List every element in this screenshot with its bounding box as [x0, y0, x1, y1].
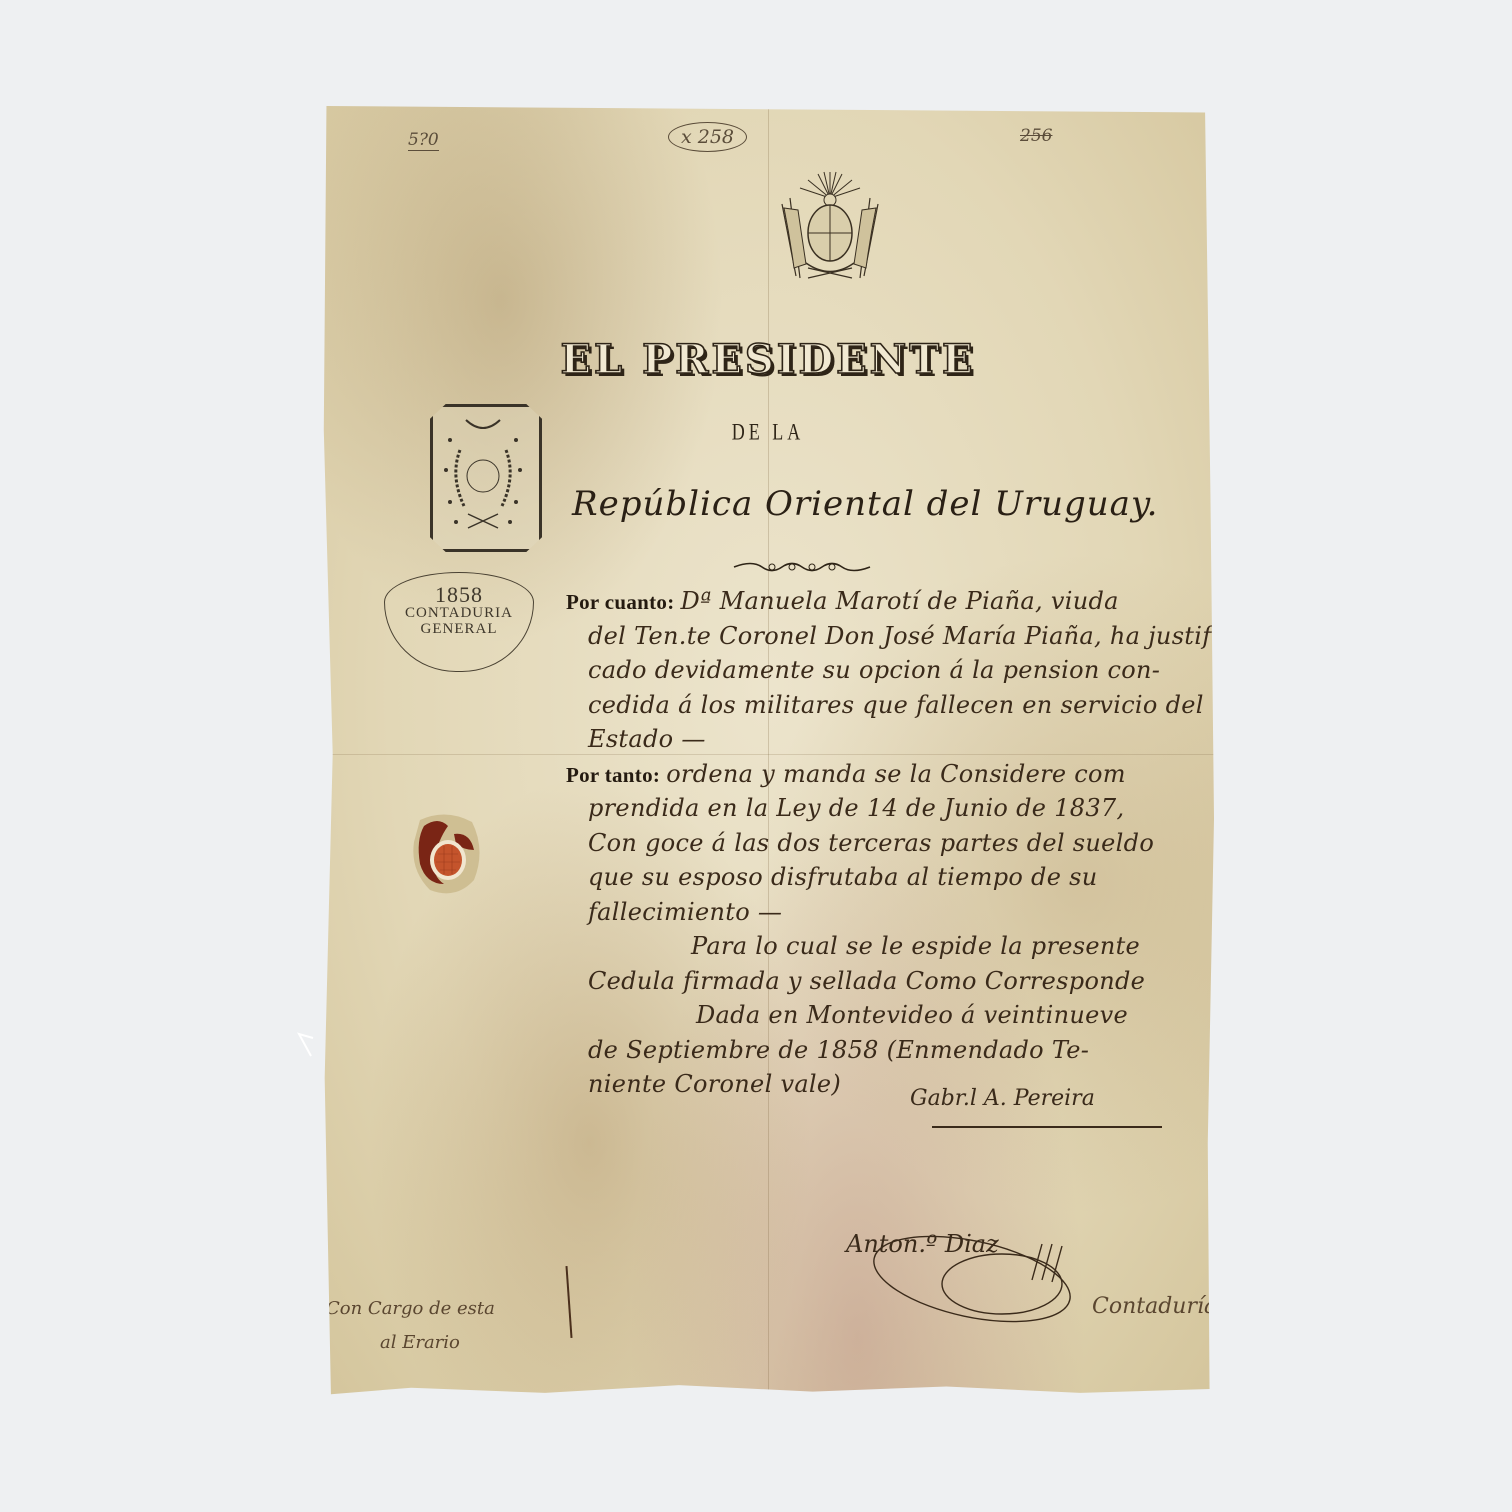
- wax-seal-icon: [408, 810, 484, 898]
- bottom-right-signature: Contaduría: [1092, 1294, 1217, 1319]
- body-line-13: Dada en Montevideo á veintinueve: [566, 998, 1206, 1033]
- stamp-line-2: GENERAL: [385, 622, 533, 638]
- archive-mark-circled: x 258: [668, 122, 747, 152]
- printed-label-por-tanto: Por tanto:: [566, 763, 660, 787]
- archive-mark-top-left: 5?0: [408, 130, 439, 151]
- handwritten-text: ordena y manda se la Considere com: [666, 760, 1126, 788]
- body-line-6: Por tanto:ordena y manda se la Considere…: [566, 757, 1206, 792]
- body-line-1: Por cuanto:Dª Manuela Marotí de Piaña, v…: [566, 584, 1206, 619]
- body-line-4: cedida á los militares que fallecen en s…: [566, 688, 1206, 723]
- binding-string-icon: [295, 1030, 315, 1060]
- body-line-7: prendida en la Ley de 14 de Junio de 183…: [566, 791, 1206, 826]
- body-line-10: fallecimiento —: [566, 895, 1206, 930]
- coat-of-arms-icon: [760, 168, 900, 288]
- contaduria-general-stamp: 1858 CONTADURIA GENERAL: [384, 572, 534, 672]
- document-title: EL PRESIDENTE: [322, 336, 1214, 383]
- archive-mark-struck: 256: [1020, 126, 1052, 146]
- document-body: Por cuanto:Dª Manuela Marotí de Piaña, v…: [566, 584, 1206, 1102]
- body-line-5: Estado —: [566, 722, 1206, 757]
- republic-name: República Oriental del Uruguay.: [572, 484, 1158, 524]
- wreath-emblem-icon: [436, 410, 530, 540]
- body-line-11: Para lo cual se le espide la presente: [566, 929, 1206, 964]
- body-line-3: cado devidamente su opcion á la pension …: [566, 653, 1206, 688]
- vertical-pen-stroke: [565, 1266, 572, 1338]
- stamp-line-1: CONTADURIA: [385, 606, 533, 622]
- body-line-8: Con goce á las dos terceras partes del s…: [566, 826, 1206, 861]
- president-signature: Gabr.l A. Pereira: [910, 1086, 1095, 1111]
- bottom-left-note-1: Con Cargo de esta: [326, 1298, 495, 1319]
- signature-rubric-icon: [862, 1224, 1082, 1334]
- document-sheet: 5?0 x 258 256 EL PRESIDENTE DE LA Repúbl…: [322, 106, 1214, 1402]
- body-line-2: del Ten.te Coronel Don José María Piaña,…: [566, 619, 1206, 654]
- body-line-15: niente Coronel vale): [566, 1067, 1206, 1102]
- printed-label-por-cuanto: Por cuanto:: [566, 590, 675, 614]
- bottom-left-note-2: al Erario: [380, 1332, 460, 1353]
- signature-underline: [932, 1126, 1162, 1128]
- stamp-year: 1858: [385, 583, 533, 606]
- body-line-12: Cedula firmada y sellada Como Correspond…: [566, 964, 1206, 999]
- body-line-14: de Septiembre de 1858 (Enmendado Te-: [566, 1033, 1206, 1068]
- body-line-9: que su esposo disfrutaba al tiempo de su: [566, 860, 1206, 895]
- ornamental-flourish-icon: [732, 558, 872, 574]
- handwritten-text: Dª Manuela Marotí de Piaña, viuda: [681, 587, 1119, 615]
